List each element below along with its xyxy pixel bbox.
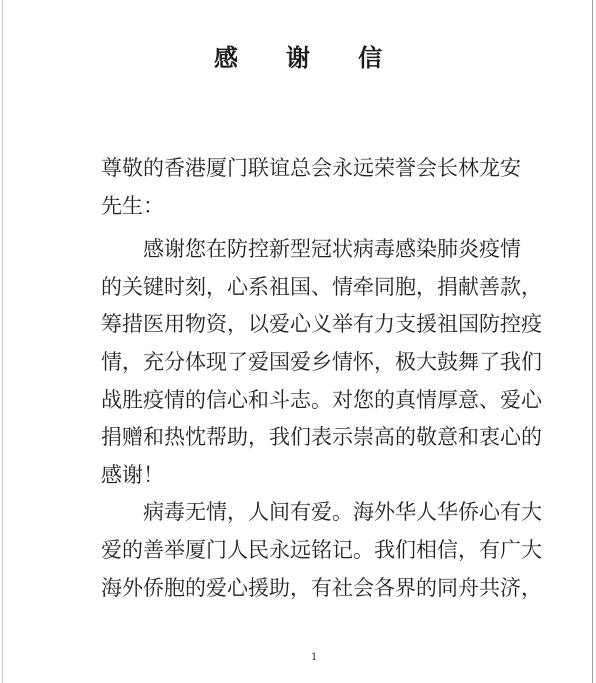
letter-title: 感谢信 [0, 38, 596, 73]
title-char: 感 [214, 38, 238, 73]
text-line: 海外侨胞的爱心援助，有社会各界的同舟共济， [101, 570, 521, 608]
title-char: 信 [358, 38, 382, 73]
text-line: 病毒无情，人间有爱。海外华人华侨心有大 [101, 494, 521, 532]
paragraph-2: 病毒无情，人间有爱。海外华人华侨心有大 爱的善举厦门人民永远铭记。我们相信，有广… [101, 494, 521, 607]
text-line: 的关键时刻，心系祖国、情牵同胞，捐献善款， [101, 269, 521, 307]
title-char: 谢 [286, 38, 310, 73]
text-line: 战胜疫情的信心和斗志。对您的真情厚意、爱心 [101, 382, 521, 420]
text-line: 感谢您在防控新型冠状病毒感染肺炎疫情 [101, 231, 521, 269]
text-line: 感谢！ [101, 457, 521, 495]
text-line: 情，充分体现了爱国爱乡情怀，极大鼓舞了我们 [101, 344, 521, 382]
text-line: 捐赠和热忱帮助，我们表示崇高的敬意和衷心的 [101, 419, 521, 457]
text-line: 尊敬的香港厦门联谊总会永远荣誉会长林龙安 [101, 150, 521, 188]
text-line: 爱的善举厦门人民永远铭记。我们相信，有广大 [101, 532, 521, 570]
paragraph-1: 感谢您在防控新型冠状病毒感染肺炎疫情 的关键时刻，心系祖国、情牵同胞，捐献善款，… [101, 231, 521, 494]
letter-page: 感谢信 尊敬的香港厦门联谊总会永远荣誉会长林龙安 先生： 感谢您在防控新型冠状病… [0, 0, 596, 683]
text-line: 先生： [101, 188, 521, 226]
letter-body: 尊敬的香港厦门联谊总会永远荣誉会长林龙安 先生： 感谢您在防控新型冠状病毒感染肺… [101, 150, 521, 607]
salutation: 尊敬的香港厦门联谊总会永远荣誉会长林龙安 先生： [101, 150, 521, 225]
page-edge-right [592, 0, 593, 683]
text-line: 筹措医用物资，以爱心义举有力支援祖国防控疫 [101, 306, 521, 344]
page-number: 1 [311, 652, 317, 663]
page-edge-left [2, 0, 3, 683]
